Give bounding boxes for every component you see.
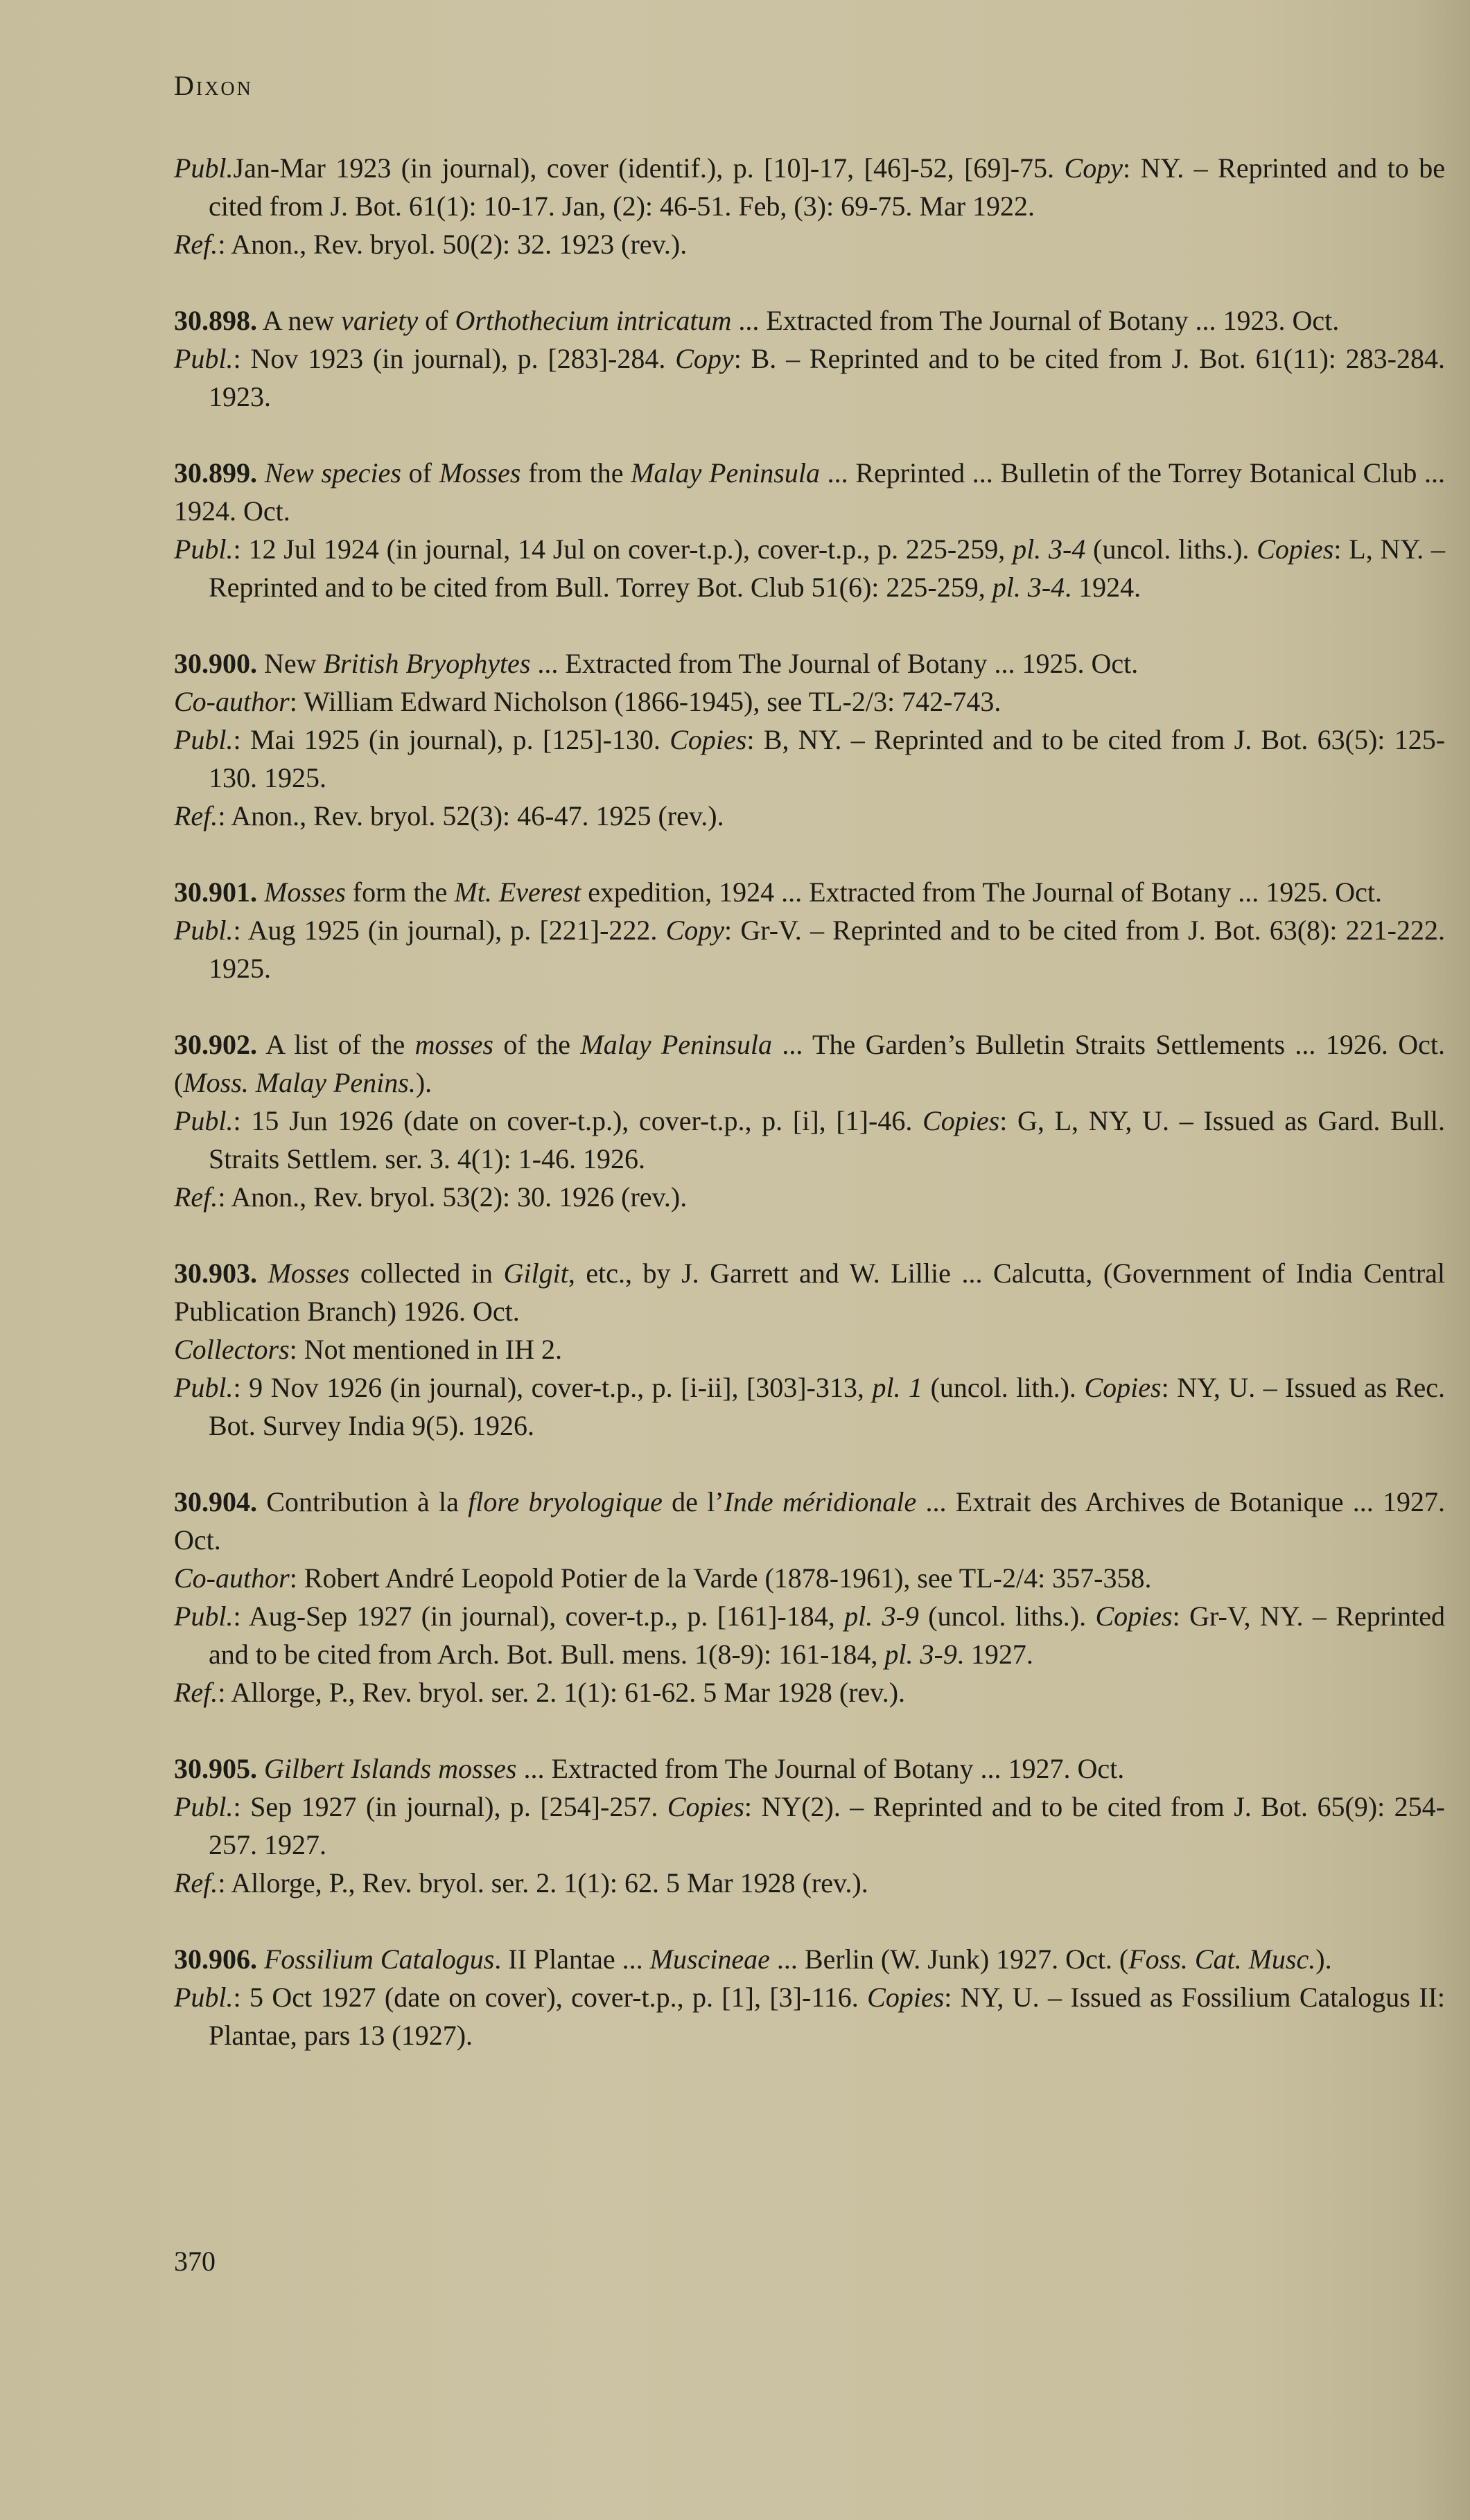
running-head: Dixon: [174, 69, 253, 102]
ref-field: Ref.: Anon., Rev. bryol. 50(2): 32. 1923…: [174, 225, 1445, 263]
publ-field: Publ.: Mai 1925 (in journal), p. [125]-1…: [174, 721, 1445, 797]
publ-field: Publ.: Sep 1927 (in journal), p. [254]-2…: [174, 1788, 1445, 1864]
coauthor-field: Co-author: William Edward Nicholson (186…: [174, 682, 1445, 721]
continued-entry: Publ.Jan-Mar 1923 (in journal), cover (i…: [174, 149, 1445, 263]
entry-title: 30.903. Mosses collected in Gilgit, etc.…: [174, 1254, 1445, 1330]
bibliography-entry: 30.902. A list of the mosses of the Mala…: [174, 1025, 1445, 1216]
entry-title: 30.902. A list of the mosses of the Mala…: [174, 1025, 1445, 1102]
bibliography-entry: 30.906. Fossilium Catalogus. II Plantae …: [174, 1940, 1445, 2054]
entry-title: 30.901. Mosses form the Mt. Everest expe…: [174, 873, 1445, 911]
publ-field: Publ.: 12 Jul 1924 (in journal, 14 Jul o…: [174, 530, 1445, 606]
bibliography-entry: 30.905. Gilbert Islands mosses ... Extra…: [174, 1750, 1445, 1902]
page-content: Publ.Jan-Mar 1923 (in journal), cover (i…: [174, 149, 1445, 2092]
entry-title: 30.898. A new variety of Orthothecium in…: [174, 301, 1445, 340]
entry-number: 30.901.: [174, 876, 257, 908]
collectors-field: Collectors: Not mentioned in IH 2.: [174, 1330, 1445, 1368]
publ-field: Publ.: Nov 1923 (in journal), p. [283]-2…: [174, 340, 1445, 416]
publ-field: Publ.: 9 Nov 1926 (in journal), cover-t.…: [174, 1368, 1445, 1445]
bibliography-entry: 30.901. Mosses form the Mt. Everest expe…: [174, 873, 1445, 987]
entry-number: 30.902.: [174, 1029, 257, 1060]
ref-field: Ref.: Anon., Rev. bryol. 52(3): 46-47. 1…: [174, 797, 1445, 835]
entry-title: 30.899. New species of Mosses from the M…: [174, 454, 1445, 530]
ref-field: Ref.: Allorge, P., Rev. bryol. ser. 2. 1…: [174, 1864, 1445, 1902]
bibliography-entry: 30.903. Mosses collected in Gilgit, etc.…: [174, 1254, 1445, 1445]
bibliography-entry: 30.900. New British Bryophytes ... Extra…: [174, 644, 1445, 835]
page-number: 370: [174, 2245, 216, 2277]
entry-number: 30.899.: [174, 457, 257, 488]
bibliography-entry: 30.899. New species of Mosses from the M…: [174, 454, 1445, 606]
bibliography-entry: 30.898. A new variety of Orthothecium in…: [174, 301, 1445, 416]
entry-title: 30.906. Fossilium Catalogus. II Plantae …: [174, 1940, 1445, 1978]
entry-number: 30.904.: [174, 1486, 257, 1517]
entry-list: 30.898. A new variety of Orthothecium in…: [174, 301, 1445, 2054]
bibliography-entry: 30.904. Contribution à la flore bryologi…: [174, 1483, 1445, 1711]
ref-field: Ref.: Anon., Rev. bryol. 53(2): 30. 1926…: [174, 1178, 1445, 1216]
publ-field: Publ.: 15 Jun 1926 (date on cover-t.p.),…: [174, 1102, 1445, 1178]
entry-number: 30.906.: [174, 1944, 257, 1975]
coauthor-field: Co-author: Robert André Leopold Potier d…: [174, 1559, 1445, 1597]
entry-title: 30.905. Gilbert Islands mosses ... Extra…: [174, 1750, 1445, 1788]
entry-number: 30.903.: [174, 1258, 257, 1289]
publ-field: Publ.: Aug-Sep 1927 (in journal), cover-…: [174, 1597, 1445, 1673]
publ-field: Publ.Jan-Mar 1923 (in journal), cover (i…: [174, 149, 1445, 225]
publ-field: Publ.: Aug 1925 (in journal), p. [221]-2…: [174, 911, 1445, 987]
entry-number: 30.900.: [174, 648, 257, 679]
publ-field: Publ.: 5 Oct 1927 (date on cover), cover…: [174, 1978, 1445, 2054]
entry-number: 30.898.: [174, 305, 257, 336]
entry-title: 30.900. New British Bryophytes ... Extra…: [174, 644, 1445, 682]
entry-number: 30.905.: [174, 1753, 257, 1784]
entry-title: 30.904. Contribution à la flore bryologi…: [174, 1483, 1445, 1559]
ref-field: Ref.: Allorge, P., Rev. bryol. ser. 2. 1…: [174, 1673, 1445, 1711]
